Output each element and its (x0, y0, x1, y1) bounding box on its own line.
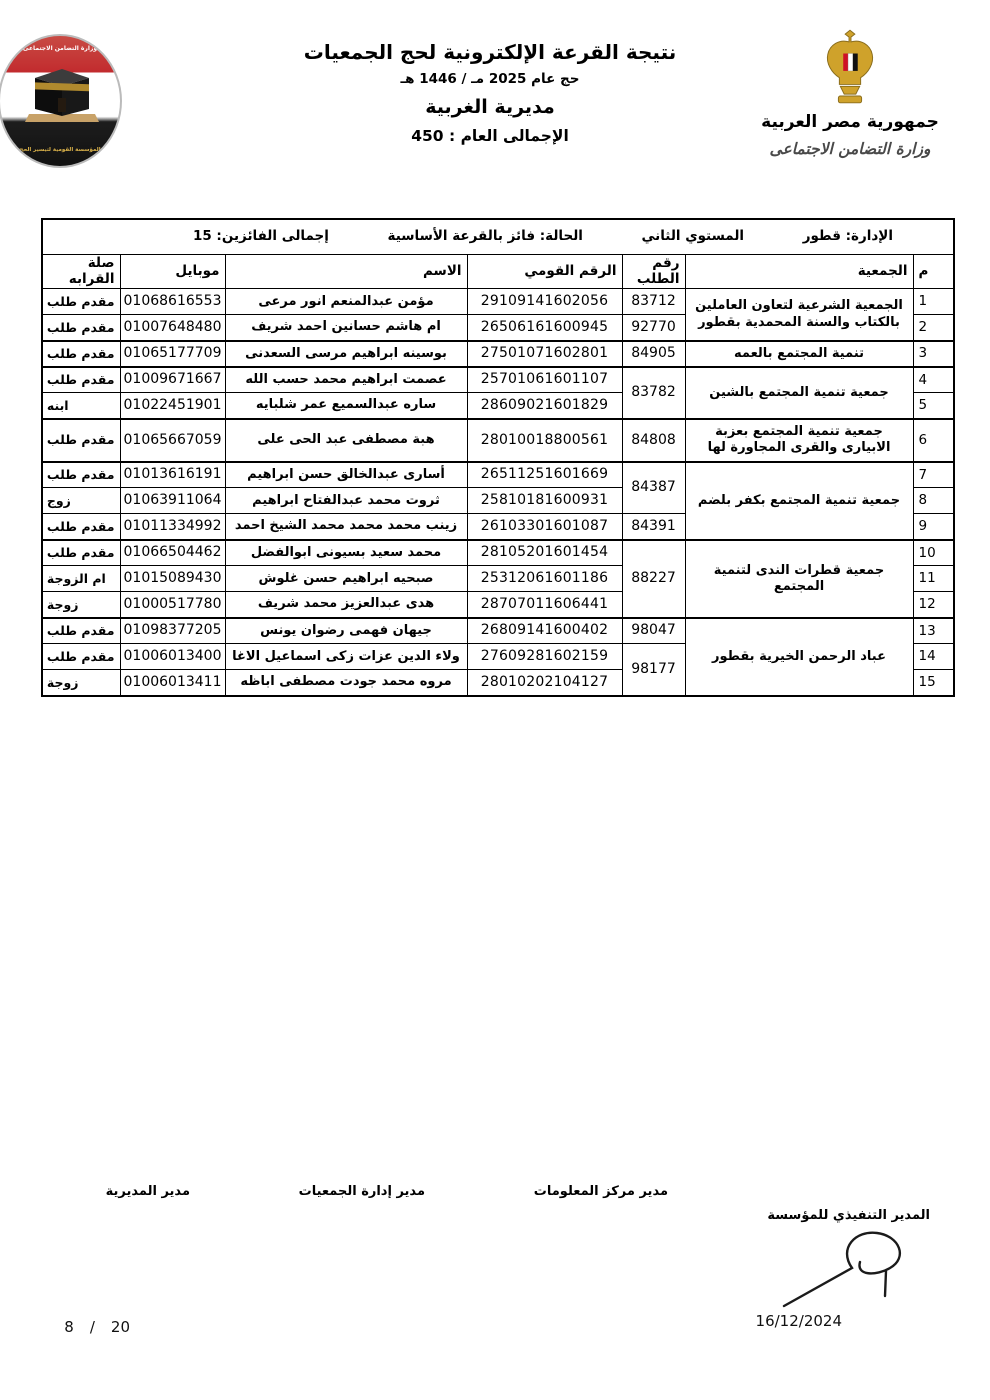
national-id-cell: 28105201601454 (467, 540, 622, 566)
table-header-row: م الجمعية رقم الطلب الرقم القومي الاسم م… (42, 254, 954, 289)
relation-cell: زوجة (42, 670, 120, 696)
page-number: 8 / 20 (64, 1318, 130, 1336)
hajj-year-line: حج عام 2025 مـ / 1446 هـ (240, 71, 740, 87)
relation-cell: مقدم طلب (42, 644, 120, 670)
name-cell: مروه محمد جودت مصطفى اباظه (225, 670, 467, 696)
mobile-cell: 01068616553 (120, 289, 225, 315)
row-number: 9 (913, 514, 954, 540)
row-number: 13 (913, 618, 954, 644)
request-no-cell: 83712 (622, 289, 685, 315)
signature-title-associations-manager: مدير إدارة الجمعيات (299, 1184, 425, 1199)
col-header-name: الاسم (225, 254, 467, 289)
table-row: 6 جمعية تنمية المجتمع بعزبة الابيارى وال… (42, 419, 954, 462)
col-header-relation: صلة القرابه (42, 254, 120, 289)
name-cell: جيهان فهمى رضوان يونس (225, 618, 467, 644)
request-no-cell: 88227 (622, 540, 685, 618)
table-row: 7 جمعية تنمية المجتمع بكفر بلضم 84387 26… (42, 462, 954, 488)
name-cell: مؤمن عبدالمنعم انور مرعى (225, 289, 467, 315)
col-header-mobile: موبايل (120, 254, 225, 289)
national-id-cell: 25701061601107 (467, 367, 622, 393)
mobile-cell: 01006013400 (120, 644, 225, 670)
row-number: 3 (913, 341, 954, 367)
request-no-cell: 84387 (622, 462, 685, 514)
logo-top-text: وزارة التضامن الاجتماعى (0, 45, 120, 52)
mobile-cell: 01011334992 (120, 514, 225, 540)
mobile-cell: 01098377205 (120, 618, 225, 644)
signature-title-executive-director: المدير التنفيذي للمؤسسة (767, 1208, 930, 1223)
national-id-cell: 25312061601186 (467, 566, 622, 592)
table-row: 13 عباد الرحمن الخيرية بقطور 98047 26809… (42, 618, 954, 644)
national-id-cell: 28010018800561 (467, 419, 622, 462)
national-id-cell: 28707011606441 (467, 592, 622, 618)
mobile-cell: 01015089430 (120, 566, 225, 592)
page-total: 20 (111, 1318, 130, 1336)
eagle-of-saladin-icon (821, 28, 879, 108)
table-row: 3 تنمية المجتمع بالعمه 84905 27501071602… (42, 341, 954, 367)
relation-cell: ابنه (42, 393, 120, 419)
national-id-cell: 26103301601087 (467, 514, 622, 540)
name-cell: زينب محمد محمد محمد الشيخ احمد (225, 514, 467, 540)
mobile-cell: 01000517780 (120, 592, 225, 618)
page-title: نتيجة القرعة الإلكترونية لحج الجمعيات (240, 40, 740, 64)
status-label: الحالة: فائز بالقرعة الأساسية (388, 228, 583, 245)
request-no-cell: 84808 (622, 419, 685, 462)
signature-title-info-center-manager: مدير مركز المعلومات (534, 1184, 668, 1199)
signature-title-directorate-manager: مدير المديرية (106, 1184, 190, 1199)
association-cell: عباد الرحمن الخيرية بقطور (685, 618, 913, 696)
name-cell: ساره عبدالسميع عمر شلبايه (225, 393, 467, 419)
row-number: 4 (913, 367, 954, 393)
hajj-foundation-logo: وزارة التضامن الاجتماعى المؤسسة القومية … (0, 34, 122, 168)
relation-cell: مقدم طلب (42, 514, 120, 540)
row-number: 8 (913, 488, 954, 514)
lottery-results-table: الإدارة: قطور المستوي الثاني الحالة: فائ… (41, 218, 955, 697)
mobile-cell: 01063911064 (120, 488, 225, 514)
administration-label: الإدارة: قطور (803, 228, 893, 245)
col-header-national-id: الرقم القومي (467, 254, 622, 289)
mobile-cell: 01007648480 (120, 315, 225, 341)
name-cell: هدى عبدالعزيز محمد شريف (225, 592, 467, 618)
page-current: 8 (64, 1318, 74, 1336)
mobile-cell: 01006013411 (120, 670, 225, 696)
national-id-cell: 26809141600402 (467, 618, 622, 644)
request-no-cell: 98047 (622, 618, 685, 644)
row-number: 6 (913, 419, 954, 462)
mobile-cell: 01013616191 (120, 462, 225, 488)
row-number: 7 (913, 462, 954, 488)
signature-scribble-icon (780, 1226, 920, 1311)
mobile-cell: 01065667059 (120, 419, 225, 462)
results-table-wrapper: الإدارة: قطور المستوي الثاني الحالة: فائ… (43, 218, 955, 697)
request-no-cell: 84391 (622, 514, 685, 540)
association-cell: جمعية تنمية المجتمع بالشين (685, 367, 913, 419)
col-header-request-no: رقم الطلب (622, 254, 685, 289)
grand-total-line: الإجمالى العام : 450 (240, 127, 740, 145)
name-cell: عصمت ابراهيم محمد حسب الله (225, 367, 467, 393)
national-id-cell: 26511251601669 (467, 462, 622, 488)
directorate-line: مديرية الغربية (240, 96, 740, 118)
name-cell: هبة مصطفى عبد الحى على (225, 419, 467, 462)
relation-cell: مقدم طلب (42, 419, 120, 462)
row-number: 14 (913, 644, 954, 670)
logo-bottom-text: المؤسسة القومية لتيسير الحج (0, 147, 120, 153)
col-header-num: م (913, 254, 954, 289)
relation-cell: مقدم طلب (42, 618, 120, 644)
request-no-cell: 92770 (622, 315, 685, 341)
association-cell: الجمعية الشرعية لتعاون العاملين بالكتاب … (685, 289, 913, 341)
kaaba-icon (25, 62, 99, 126)
level-label: المستوي الثاني (642, 228, 745, 245)
national-id-cell: 28609021601829 (467, 393, 622, 419)
association-cell: جمعية تنمية المجتمع بكفر بلضم (685, 462, 913, 540)
national-id-cell: 26506161600945 (467, 315, 622, 341)
mobile-cell: 01066504462 (120, 540, 225, 566)
row-number: 10 (913, 540, 954, 566)
winners-total-label: إجمالى الفائزين: 15 (193, 228, 329, 245)
document-page: وزارة التضامن الاجتماعى المؤسسة القومية … (0, 0, 990, 1400)
row-number: 11 (913, 566, 954, 592)
row-number: 12 (913, 592, 954, 618)
egypt-emblem-block: جمهورية مصر العربية وزارة التضامن الاجتم… (740, 28, 960, 158)
mobile-cell: 01022451901 (120, 393, 225, 419)
relation-cell: مقدم طلب (42, 341, 120, 367)
row-number: 5 (913, 393, 954, 419)
national-id-cell: 27609281602159 (467, 644, 622, 670)
relation-cell: مقدم طلب (42, 289, 120, 315)
mobile-cell: 01065177709 (120, 341, 225, 367)
name-cell: ثروت محمد عبدالفتاح ابراهيم (225, 488, 467, 514)
relation-cell: مقدم طلب (42, 540, 120, 566)
row-number: 1 (913, 289, 954, 315)
relation-cell: مقدم طلب (42, 315, 120, 341)
request-no-cell: 83782 (622, 367, 685, 419)
request-no-cell: 84905 (622, 341, 685, 367)
document-header: نتيجة القرعة الإلكترونية لحج الجمعيات حج… (240, 40, 740, 145)
name-cell: أسارى عبدالخالق حسن ابراهيم (225, 462, 467, 488)
row-number: 15 (913, 670, 954, 696)
handwritten-signature (780, 1226, 920, 1315)
page-separator: / (90, 1318, 95, 1336)
name-cell: بوسينه ابراهيم مرسى السعدنى (225, 341, 467, 367)
relation-cell: مقدم طلب (42, 462, 120, 488)
col-header-association: الجمعية (685, 254, 913, 289)
country-name: جمهورية مصر العربية (740, 112, 960, 132)
relation-cell: مقدم طلب (42, 367, 120, 393)
name-cell: ولاء الدين عزات زكى اسماعيل الاغا (225, 644, 467, 670)
name-cell: محمد سعيد بسيونى ابوالفضل (225, 540, 467, 566)
association-cell: تنمية المجتمع بالعمه (685, 341, 913, 367)
association-cell: جمعية قطرات الندى لتنمية المجتمع (685, 540, 913, 618)
national-id-cell: 27501071602801 (467, 341, 622, 367)
table-row: 10 جمعية قطرات الندى لتنمية المجتمع 8822… (42, 540, 954, 566)
relation-cell: زوج (42, 488, 120, 514)
mobile-cell: 01009671667 (120, 367, 225, 393)
relation-cell: زوجة (42, 592, 120, 618)
national-id-cell: 28010202104127 (467, 670, 622, 696)
national-id-cell: 25810181600931 (467, 488, 622, 514)
table-row: 4 جمعية تنمية المجتمع بالشين 83782 25701… (42, 367, 954, 393)
table-info-row: الإدارة: قطور المستوي الثاني الحالة: فائ… (42, 219, 954, 254)
print-date: 16/12/2024 (756, 1312, 842, 1330)
row-number: 2 (913, 315, 954, 341)
table-row: 1 الجمعية الشرعية لتعاون العاملين بالكتا… (42, 289, 954, 315)
association-cell: جمعية تنمية المجتمع بعزبة الابيارى والقر… (685, 419, 913, 462)
national-id-cell: 29109141602056 (467, 289, 622, 315)
name-cell: ام هاشم حسانين احمد شريف (225, 315, 467, 341)
name-cell: صبحيه ابراهيم حسن غلوش (225, 566, 467, 592)
ministry-name: وزارة التضامن الاجتماعى (740, 140, 960, 158)
relation-cell: ام الزوجة (42, 566, 120, 592)
request-no-cell: 98177 (622, 644, 685, 696)
